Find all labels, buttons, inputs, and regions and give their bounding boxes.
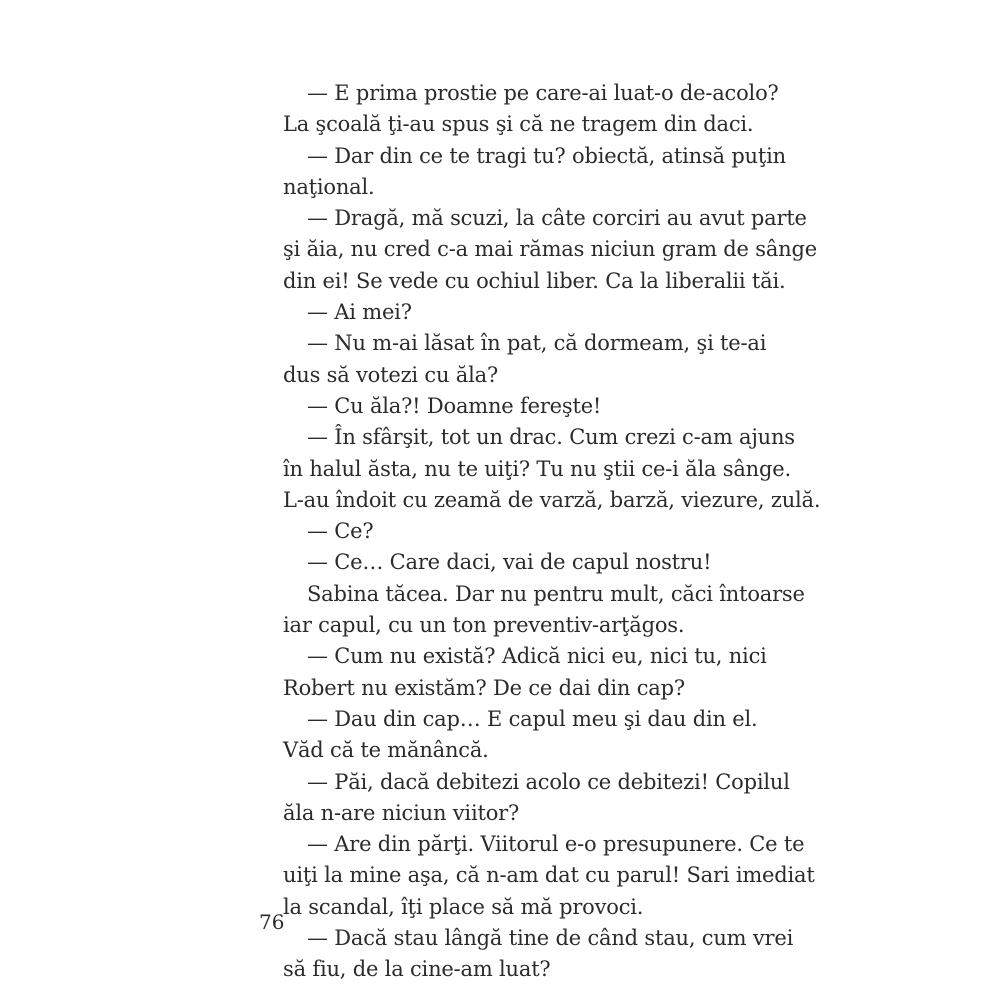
text-line: — Ce… Care daci, vai de capul nostru!: [259, 547, 738, 578]
paragraph: Sabina tăcea. Dar nu pentru mult, căci î…: [259, 579, 738, 642]
text-line: — Are din părţi. Viitorul e-o presupuner…: [259, 829, 738, 860]
text-line: — Dau din cap… E capul meu şi dau din el…: [259, 704, 738, 735]
paragraph: — Ai mei?: [259, 297, 738, 328]
text-line: dus să votezi cu ăla?: [259, 360, 738, 391]
text-line: — Dragă, mă scuzi, la câte corciri au av…: [259, 203, 738, 234]
text-line: Robert nu existăm? De ce dai din cap?: [259, 673, 738, 704]
paragraph: — E prima prostie pe care-ai luat-o de-a…: [259, 78, 738, 141]
paragraph: — Ce… Care daci, vai de capul nostru!: [259, 547, 738, 578]
text-line: — Dar din ce te tragi tu? obiectă, atins…: [259, 141, 738, 172]
paragraph: — Cu ăla?! Doamne fereşte!: [259, 391, 738, 422]
text-line: L-au îndoit cu zeamă de varză, barză, vi…: [259, 485, 738, 516]
paragraph: — Dar din ce te tragi tu? obiectă, atins…: [259, 141, 738, 204]
text-line: să fiu, de la cine-am luat?: [259, 954, 738, 985]
paragraph: — Are din părţi. Viitorul e-o presupuner…: [259, 829, 738, 923]
text-line: Sabina tăcea. Dar nu pentru mult, căci î…: [259, 579, 738, 610]
text-line: din ei! Se vede cu ochiul liber. Ca la l…: [259, 266, 738, 297]
text-line: iar capul, cu un ton preventiv-arţăgos.: [259, 610, 738, 641]
text-line: în halul ăsta, nu te uiţi? Tu nu ştii ce…: [259, 454, 738, 485]
text-line: şi ăia, nu cred c-a mai rămas niciun gra…: [259, 234, 738, 265]
text-line: uiţi la mine aşa, că n-am dat cu parul! …: [259, 860, 738, 891]
text-line: — Nu m-ai lăsat în pat, că dormeam, şi t…: [259, 328, 738, 359]
book-page: — E prima prostie pe care-ai luat-o de-a…: [0, 0, 1000, 1000]
text-line: naţional.: [259, 172, 738, 203]
paragraph: — Dau din cap… E capul meu şi dau din el…: [259, 704, 738, 767]
paragraph: — Dragă, mă scuzi, la câte corciri au av…: [259, 203, 738, 297]
text-line: La şcoală ţi-au spus şi că ne tragem din…: [259, 109, 738, 140]
paragraph: — Dacă stau lângă tine de când stau, cum…: [259, 923, 738, 986]
text-line: — În sfârşit, tot un drac. Cum crezi c-a…: [259, 422, 738, 453]
text-line: — Ce?: [259, 516, 738, 547]
text-line: — Dacă stau lângă tine de când stau, cum…: [259, 923, 738, 954]
text-line: ăla n-are niciun viitor?: [259, 798, 738, 829]
paragraph: — Cum nu există? Adică nici eu, nici tu,…: [259, 641, 738, 704]
page-number: 76: [259, 910, 284, 934]
text-line: Văd că te mănâncă.: [259, 735, 738, 766]
text-line: — Păi, dacă debitezi acolo ce debitezi! …: [259, 767, 738, 798]
text-line: la scandal, îţi place să mă provoci.: [259, 892, 738, 923]
paragraph: — Nu m-ai lăsat în pat, că dormeam, şi t…: [259, 328, 738, 391]
text-line: — Cu ăla?! Doamne fereşte!: [259, 391, 738, 422]
paragraph: — În sfârşit, tot un drac. Cum crezi c-a…: [259, 422, 738, 516]
text-line: — Ai mei?: [259, 297, 738, 328]
text-line: — E prima prostie pe care-ai luat-o de-a…: [259, 78, 738, 109]
text-line: — Cum nu există? Adică nici eu, nici tu,…: [259, 641, 738, 672]
body-text: — E prima prostie pe care-ai luat-o de-a…: [259, 78, 738, 986]
paragraph: — Păi, dacă debitezi acolo ce debitezi! …: [259, 767, 738, 830]
paragraph: — Ce?: [259, 516, 738, 547]
